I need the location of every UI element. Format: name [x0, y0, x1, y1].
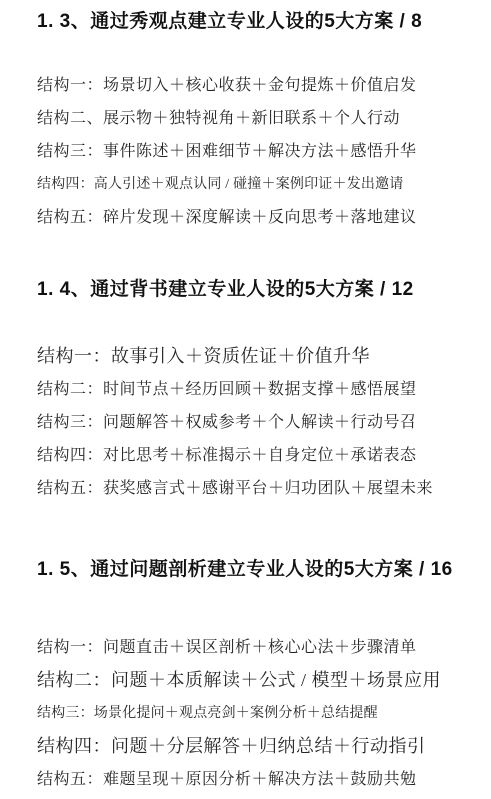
- structure-line: 结构四：对比思考＋标准揭示＋自身定位＋承诺表态: [37, 445, 473, 466]
- structure-line: 结构二：时间节点＋经历回顾＋数据支撑＋感悟展望: [37, 379, 473, 400]
- structure-line: 结构三：事件陈述＋困难细节＋解决方法＋感悟升华: [37, 141, 473, 162]
- document-page: 1. 3、通过秀观点建立专业人设的5大方案 / 8 结构一：场景切入＋核心收获＋…: [0, 0, 491, 799]
- section-1-4: 1. 4、通过背书建立专业人设的5大方案 / 12 结构一：故事引入＋资质佐证＋…: [37, 278, 473, 499]
- section-title: 1. 4、通过背书建立专业人设的5大方案 / 12: [37, 278, 473, 301]
- structure-line: 结构二、展示物＋独特视角＋新旧联系＋个人行动: [37, 108, 473, 129]
- section-1-5: 1. 5、通过问题剖析建立专业人设的5大方案 / 16 结构一：问题直击＋误区剖…: [37, 558, 473, 790]
- section-title: 1. 3、通过秀观点建立专业人设的5大方案 / 8: [37, 10, 473, 33]
- structure-line: 结构一：问题直击＋误区剖析＋核心心法＋步骤清单: [37, 637, 473, 658]
- structure-line: 结构三：问题解答＋权威参考＋个人解读＋行动号召: [37, 412, 473, 433]
- section-title: 1. 5、通过问题剖析建立专业人设的5大方案 / 16: [37, 558, 473, 581]
- structure-line: 结构一：故事引入＋资质佐证＋价值升华: [37, 346, 473, 367]
- structure-line: 结构四：高人引述＋观点认同 / 碰撞＋案例印证＋发出邀请: [37, 174, 473, 195]
- structure-line: 结构一：场景切入＋核心收获＋金句提炼＋价值启发: [37, 75, 473, 96]
- structure-line: 结构五：难题呈现＋原因分析＋解决方法＋鼓励共勉: [37, 769, 473, 790]
- structure-line: 结构四：问题＋分层解答＋归纳总结＋行动指引: [37, 736, 473, 757]
- structure-line: 结构三：场景化提问＋观点亮剑＋案例分析＋总结提醒: [37, 703, 473, 724]
- structure-line: 结构五：碎片发现＋深度解读＋反向思考＋落地建议: [37, 207, 473, 228]
- structure-line: 结构二：问题＋本质解读＋公式 / 模型＋场景应用: [37, 670, 473, 691]
- structure-line: 结构五：获奖感言式＋感谢平台＋归功团队＋展望未来: [37, 478, 473, 499]
- section-1-3: 1. 3、通过秀观点建立专业人设的5大方案 / 8 结构一：场景切入＋核心收获＋…: [37, 10, 473, 228]
